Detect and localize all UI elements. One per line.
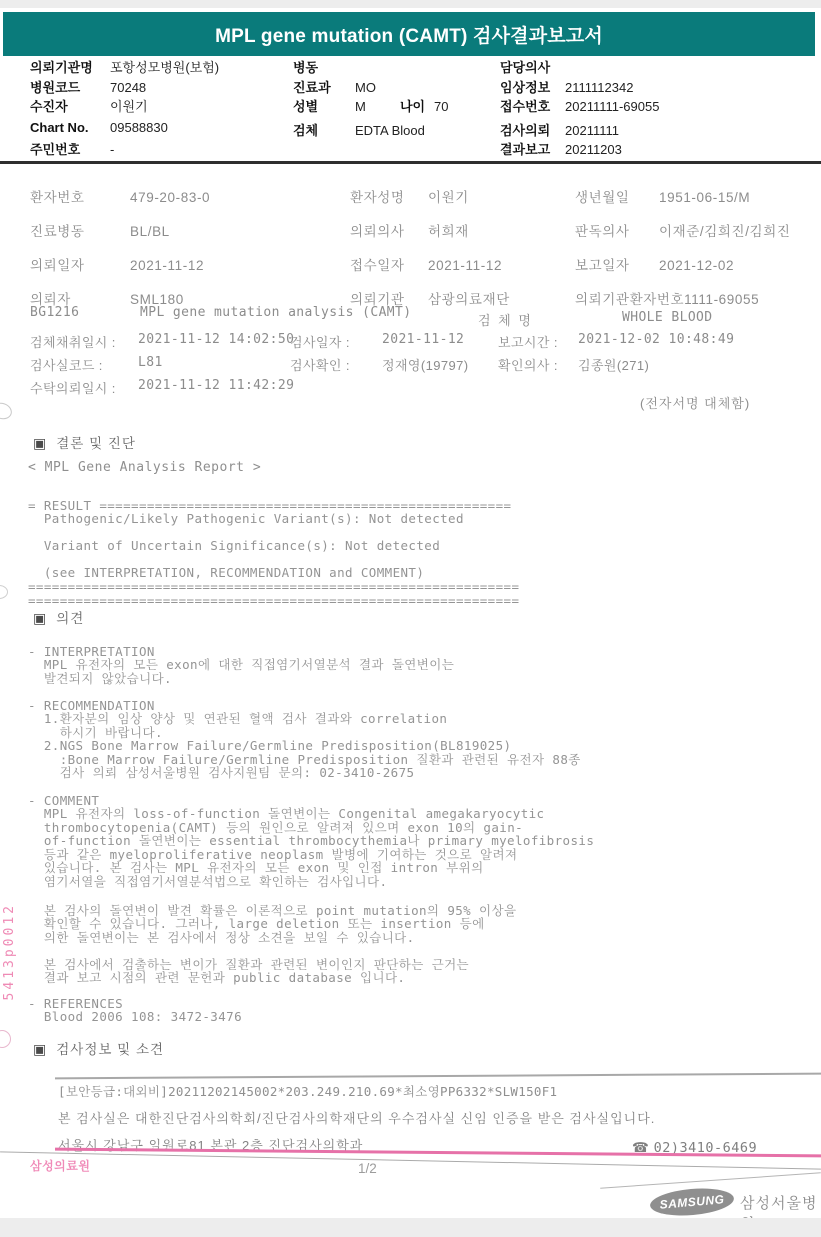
- page-number: 1/2: [358, 1161, 377, 1176]
- scan-fold-line-2: [600, 1172, 821, 1188]
- header-column-middle: 병동 진료과MO 성별M나이70 검체EDTA Blood: [293, 57, 448, 155]
- recommendation-block: - RECOMMENDATION 1.환자분의 임상 양상 및 연관된 혈액 검…: [28, 699, 581, 781]
- report-subtitle: < MPL Gene Analysis Report >: [28, 460, 261, 475]
- side-code: 5413p0012: [2, 903, 17, 1000]
- patient-field: 의뢰의사허희재: [350, 220, 575, 254]
- report-title-bar: MPL gene mutation (CAMT) 검사결과보고서: [3, 12, 815, 56]
- samsung-logo-text: SAMSUNG: [659, 1192, 725, 1212]
- lab-report-page: MPL gene mutation (CAMT) 검사결과보고서 의뢰기관명포항…: [0, 0, 821, 1237]
- header-field: 진료과MO: [293, 77, 448, 96]
- footer-divider-line: [55, 1073, 821, 1079]
- test-code: BG1216: [30, 305, 79, 320]
- header-field: 주민번호-: [30, 139, 219, 155]
- header-field: Chart No.09588830: [30, 120, 219, 139]
- report-title: MPL gene mutation (CAMT) 검사결과보고서: [215, 21, 603, 48]
- header-column-left: 의뢰기관명포항성모병원(보험) 병원코드70248 수진자이원기 Chart N…: [30, 57, 219, 155]
- header-field: 검체EDTA Blood: [293, 120, 448, 139]
- samsung-logo: SAMSUNG: [649, 1185, 735, 1218]
- patient-info-grid: 환자번호479-20-83-0 환자성명이원기 생년월일1951-06-15/M…: [30, 186, 821, 322]
- section-info-heading: ▣검사정보 및 소견: [33, 1038, 164, 1058]
- result-block: = RESULT ===============================…: [28, 499, 519, 608]
- comment-block: - COMMENT MPL 유전자의 loss-of-function 돌연변이…: [28, 794, 594, 889]
- header-field: 결과보고20211203: [500, 139, 659, 155]
- comment-block-3: 본 검사에서 검출하는 변이가 질환과 관련된 변이인지 판단하는 근거는 결과…: [28, 958, 469, 985]
- header-field: 임상정보2111112342: [500, 77, 659, 96]
- patient-field: 생년월일1951-06-15/M: [575, 186, 821, 220]
- security-line: [보안등급:대외비]20211202145002*203.249.210.69*…: [58, 1082, 557, 1100]
- interpretation-block: - INTERPRETATION MPL 유전자의 모든 exon에 대한 직접…: [28, 645, 454, 686]
- patient-field: 판독의사이재준/김희진/김희진: [575, 220, 821, 254]
- header-field: 성별M나이70: [293, 96, 448, 120]
- section-conclusion-heading: ▣결론 및 진단: [33, 432, 136, 452]
- section-marker-icon: ▣: [33, 1041, 47, 1057]
- patient-field: 접수일자2021-11-12: [350, 254, 575, 288]
- header-field: 병동: [293, 57, 448, 77]
- header-divider: [0, 161, 821, 164]
- header-column-right: 담당의사 임상정보2111112342 접수번호20211111-69055 검…: [500, 57, 659, 155]
- specimen-label: 검 체 명: [478, 310, 533, 329]
- section-opinion-heading: ▣의견: [33, 607, 84, 627]
- patient-field: 환자성명이원기: [350, 186, 575, 220]
- scan-edge-top: [0, 0, 821, 8]
- header-field: 수진자이원기: [30, 96, 219, 120]
- footer-brand: 삼성의료원: [30, 1157, 90, 1174]
- section-marker-icon: ▣: [33, 610, 47, 626]
- scan-edge-bottom: [0, 1218, 821, 1237]
- scan-artifact: [0, 400, 14, 421]
- esign-note: (전자서명 대체함): [640, 393, 750, 412]
- patient-field: 환자번호479-20-83-0: [30, 186, 350, 220]
- test-name: MPL gene mutation analysis (CAMT): [140, 305, 411, 320]
- references-block: - REFERENCES Blood 2006 108: 3472-3476: [28, 997, 242, 1024]
- patient-field: 진료병동BL/BL: [30, 220, 350, 254]
- header-field: 담당의사: [500, 57, 659, 77]
- scan-artifact: [0, 585, 8, 599]
- header-field: 검사의뢰20211111: [500, 120, 659, 139]
- header-field: 접수번호20211111-69055: [500, 96, 659, 120]
- section-marker-icon: ▣: [33, 435, 47, 451]
- scan-artifact: [0, 1030, 11, 1048]
- comment-block-2: 본 검사의 돌연변이 발견 확률은 이론적으로 point mutation의 …: [28, 904, 516, 945]
- patient-field: 보고일자2021-12-02: [575, 254, 821, 288]
- specimen-value: WHOLE BLOOD: [622, 310, 713, 325]
- header-field: 병원코드70248: [30, 77, 219, 96]
- patient-field: 의뢰일자2021-11-12: [30, 254, 350, 288]
- accreditation-line: 본 검사실은 대한진단검사의학회/진단검사의학재단의 우수검사실 신임 인증을 …: [58, 1108, 655, 1127]
- header-field: 의뢰기관명포항성모병원(보험): [30, 57, 219, 77]
